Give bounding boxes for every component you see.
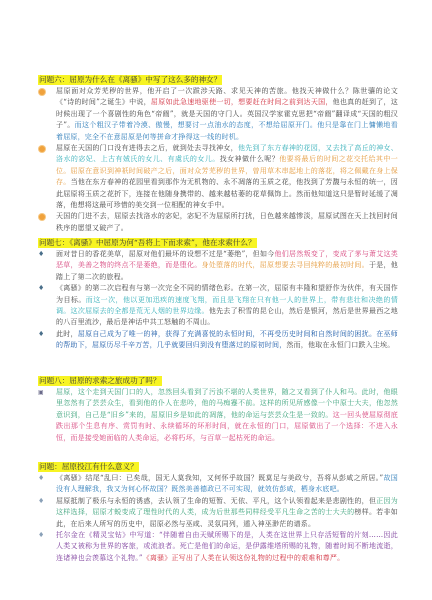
diamond-bullet-icon: ♦ bbox=[38, 530, 46, 538]
question-title: 问题六：屈原为什么在《离骚》中写了这么多的神女？ bbox=[38, 75, 222, 85]
text-segment: 《离骚》正写出了人类在认领这份礼物的过程中的艰难和尊严。 bbox=[143, 554, 345, 562]
text-segment: 身处堕落的时代，屈原想要去寻回纯粹的最初时间。 bbox=[202, 261, 369, 269]
bullet-paragraph: ♦此时，屈原自己成为了唯一的神，获得了充满喜悦的永恒时间，不再受历史时间和自然时… bbox=[38, 329, 398, 352]
diamond-bullet-icon: ♦ bbox=[38, 249, 46, 257]
bullet-paragraph: 屈原在天国的门口没有进得去之后，就到处去寻找神女，他先到了东方春神的花园，又去找… bbox=[38, 143, 398, 211]
bullet-paragraph: ♦《离骚》结尾“乱曰：已矣哉，国无人莫我知，又何怀乎故国？既莫足与美政兮，吾将从… bbox=[38, 473, 398, 496]
section-question-meaning: 问题：屈原投江有什么意义？♦《离骚》结尾“乱曰：已矣哉，国无人莫我知，又何怀乎故… bbox=[38, 454, 398, 564]
text-segment: 然而，他取在永恒门口跌入尘埃。 bbox=[286, 341, 394, 349]
section-question-7: 问题七：《离骚》中屈原为何“吾将上下而求索”，他在求索什么？♦面对昔日的香花美草… bbox=[38, 230, 398, 352]
orange-dot-bullet-icon bbox=[39, 214, 45, 220]
text-segment: 《离骚》结尾“乱曰：已矣哉，国无人莫我知，又何怀乎故国？既莫足与美政兮，吾将从彭… bbox=[56, 474, 383, 482]
text-segment: 找女神做什么呢？ bbox=[220, 155, 280, 163]
text-segment: 当他在东方春神的花园里看到那作为无机物的、永不凋落的玉质之花，他找到了芳馥与永恒… bbox=[56, 178, 398, 209]
question-title: 问题：屈原投江有什么意义？ bbox=[38, 462, 139, 472]
orange-dot-bullet-icon bbox=[39, 89, 45, 95]
text-segment: 此时， bbox=[56, 330, 78, 338]
text-segment: 屈原旧乡是如此的凋落，他的命运与芸芸众生是一致的。 bbox=[151, 411, 333, 419]
section-question-8: 问题八：屈原的求索之旅成功了吗？▣屈原，这个走到天国门口的人，忽然回头看到了污浊… bbox=[38, 368, 398, 444]
question-title: 问题七：《离骚》中屈原为何“吾将上下而求索”，他在求索什么？ bbox=[38, 238, 257, 248]
text-segment: 而这个粗汉子带着冷漠、傲慢，想要讨一点油水的态度，不想给屈原开门。他只是靠在门上… bbox=[56, 121, 398, 140]
diamond-bullet-icon: ♦ bbox=[38, 473, 46, 481]
text-segment: 屈原抵制了极乐与永恒的诱惑，去认领了生命的短暂、无依、平凡，这个认领看起来是悲剧… bbox=[56, 497, 376, 505]
text-segment: 面对昔日的香花美草，屈原对他们最坏的设想不过是“萎绝”，但如今 bbox=[56, 250, 275, 258]
question-title: 问题八：屈原的求索之旅成功了吗？ bbox=[38, 376, 162, 386]
bullet-paragraph: ♦面对昔日的香花美草，屈原对他们最坏的设想不过是“萎绝”，但如今他们居然叛变了，… bbox=[38, 249, 398, 283]
bullet-paragraph: ▣屈原，这个走到天国门口的人，忽然回头看到了污浊不堪的人类世界，随之又看到了仆人… bbox=[38, 387, 398, 444]
bullet-paragraph: ♦《离骚》的第二次启程有与第一次完全不同的情绪色彩。在第一次，屈原有丰隆和望舒作… bbox=[38, 283, 398, 329]
diamond-bullet-icon: ♦ bbox=[38, 496, 46, 504]
bullet-paragraph: ♦屈原抵制了极乐与永恒的诱惑，去认领了生命的短暂、无依、平凡，这个认领看起来是悲… bbox=[38, 496, 398, 530]
text-segment: 屈原如此急速地驱使一切，想要赶在时间之前到达天国， bbox=[151, 98, 333, 106]
diamond-bullet-icon: ♦ bbox=[38, 329, 46, 337]
text-segment: 天国的门进不去，屈原去找洛水的宓妃，宓妃不为屈原所打扰，日色越来越惨淡，屈原试图… bbox=[56, 212, 398, 231]
diamond-bullet-icon: ▣ bbox=[38, 387, 46, 395]
bullet-paragraph: 屈原面对众芳芜秽的世界，他开启了一次跋涉天路、求见天神的苦旅。他找天神做什么？陈… bbox=[38, 86, 398, 143]
orange-dot-bullet-icon bbox=[39, 146, 45, 152]
bullet-paragraph: ♦托尔金在《精灵宝钻》中写道：“伴随着自由天赋所赐下的是，人类在这世界上只存活短… bbox=[38, 530, 398, 564]
section-question-6: 问题六：屈原为什么在《离骚》中写了这么多的神女？屈原面对众芳芜秽的世界，他开启了… bbox=[38, 67, 398, 234]
diamond-bullet-icon: ♦ bbox=[38, 283, 46, 291]
text-segment: 屈原在天国的门口没有进得去之后，就到处去寻找神女， bbox=[56, 144, 238, 152]
